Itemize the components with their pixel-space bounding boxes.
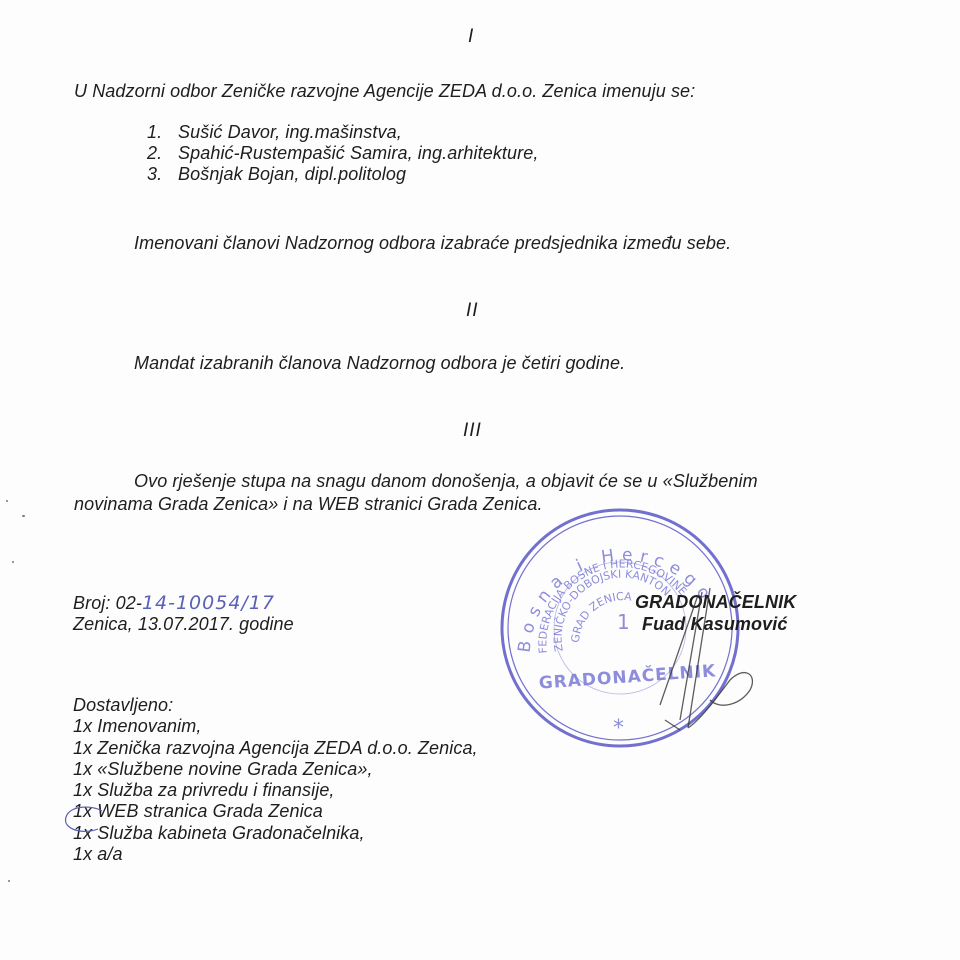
section-i-closing: Imenovani članovi Nadzornog odbora izabr… [134, 233, 731, 254]
scan-speck [8, 880, 10, 882]
list-item: 3.Bošnjak Bojan, dipl.politolog [147, 164, 538, 185]
scan-speck [6, 500, 8, 502]
member-list: 1.Sušić Davor, ing.mašinstva, 2.Spahić-R… [147, 122, 538, 185]
list-item: 2.Spahić-Rustempašić Samira, ing.arhitek… [147, 143, 538, 164]
scan-speck [12, 561, 14, 563]
section-numeral-ii: II [466, 300, 479, 321]
handwritten-circle-mark [62, 805, 106, 835]
stamp-number: 1 [617, 610, 630, 634]
list-item: 1.Sušić Davor, ing.mašinstva, [147, 122, 538, 143]
section-i-intro: U Nadzorni odbor Zeničke razvojne Agenci… [74, 81, 695, 102]
section-ii-text: Mandat izabranih članova Nadzornog odbor… [134, 353, 625, 374]
list-item: 1x Služba kabineta Gradonačelnika, [73, 823, 478, 844]
list-item: 1x «Službene novine Grada Zenica», [73, 759, 478, 780]
section-iii-line2: novinama Grada Zenica» i na WEB stranici… [74, 494, 543, 515]
handwritten-number: 14-10054/17 [142, 592, 275, 614]
list-item: 1x Imenovanim, [73, 716, 478, 737]
section-iii-line1: Ovo rješenje stupa na snagu danom donoše… [134, 471, 758, 492]
stamp-star: * [613, 716, 624, 741]
section-numeral-i: I [468, 26, 474, 47]
list-item: 1x Zenička razvojna Agencija ZEDA d.o.o.… [73, 738, 478, 759]
reference-number: Broj: 02-14-10054/17 [73, 593, 275, 614]
document-page: I U Nadzorni odbor Zeničke razvojne Agen… [0, 0, 960, 960]
scan-speck [22, 515, 25, 517]
place-date: Zenica, 13.07.2017. godine [73, 614, 294, 635]
delivery-heading: Dostavljeno: [73, 695, 478, 716]
handwritten-signature [640, 580, 780, 740]
list-item: 1x Služba za privredu i finansije, [73, 780, 478, 801]
list-item: 1x WEB stranica Grada Zenica [73, 801, 478, 822]
delivery-list: Dostavljeno: 1x Imenovanim, 1x Zenička r… [73, 695, 478, 865]
list-item: 1x a/a [73, 844, 478, 865]
section-numeral-iii: III [463, 420, 482, 441]
